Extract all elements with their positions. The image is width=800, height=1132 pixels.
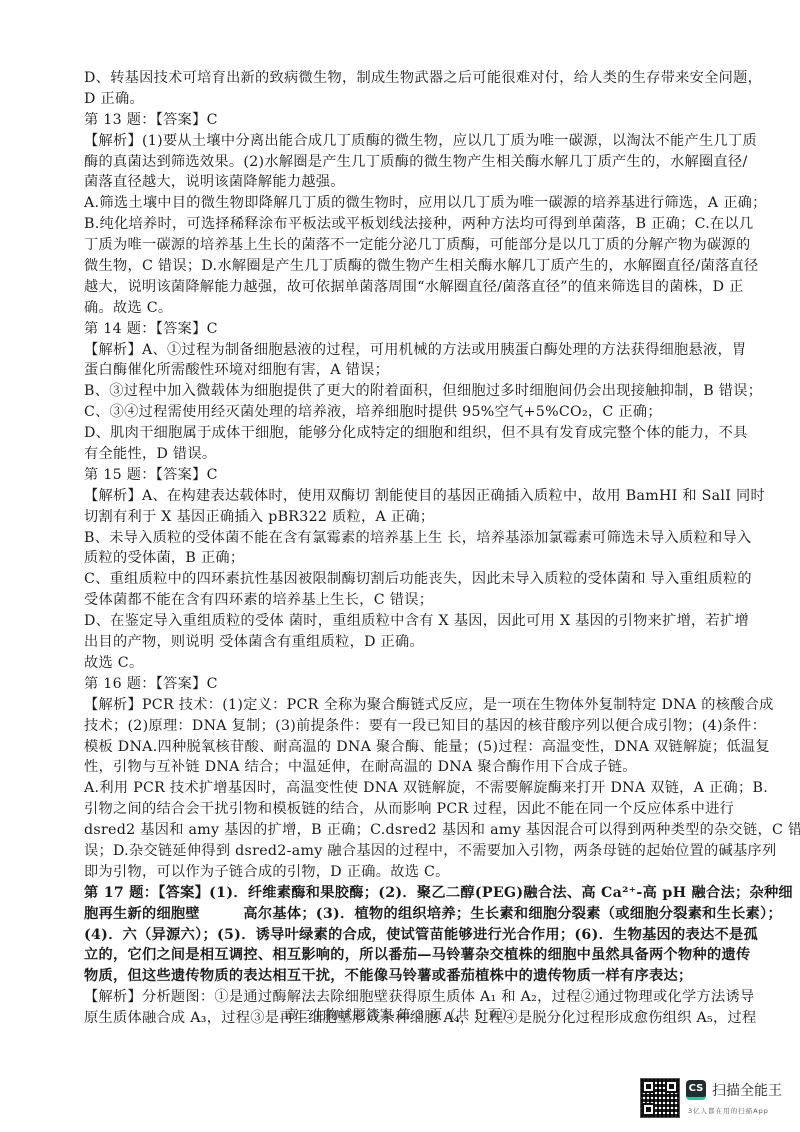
text-line: C、③④过程需使用经灭菌处理的培养液，培养细胞时提供 95%空气+5%CO₂，C… — [84, 402, 724, 423]
text-line: D、在鉴定导入重组质粒的受体 菌时，重组质粒中含有 X 基因，因此可用 X 基因… — [84, 611, 724, 632]
page-footer: 高二生物试题答案 第 3 页（共 5 页） — [0, 1004, 800, 1023]
text-line: 立的，它们之间是相互调控、相互影响的，所以番茄—马铃薯杂交植株的细胞中虽然具备两… — [84, 945, 724, 966]
camscanner-logo-icon: CS — [686, 1080, 706, 1100]
text-line: C、重组质粒中的四环素抗性基因被限制酶切割后功能丧失，因此未导入质粒的受体菌和 … — [84, 569, 724, 590]
qr-code-icon — [640, 1078, 680, 1118]
text-line: 【解析】PCR 技术：(1)定义：PCR 全称为聚合酶链式反应，是一项在生物体外… — [84, 695, 724, 716]
text-line: 酶的真菌达到筛选效果。(2)水解圈是产生几丁质酶的微生物产生相关酶水解几丁质产生… — [84, 152, 724, 173]
text-line: 【解析】A、在构建表达载体时，使用双酶切 割能使目的基因正确插入质粒中，故用 B… — [84, 486, 724, 507]
text-line: B.纯化培养时，可选择稀释涂布平板法或平板划线法接种，两种方法均可得到单菌落，B… — [84, 214, 724, 235]
text-line: D、转基因技术可培育出新的致病微生物，制成生物武器之后可能很难对付，给人类的生存… — [84, 68, 724, 89]
text-line: 切割有利于 X 基因正确插入 pBR322 质粒，A 正确； — [84, 507, 724, 528]
text-line: A.利用 PCR 技术扩增基因时，高温变性使 DNA 双链解旋，不需要解旋酶来打… — [84, 778, 724, 799]
text-line: 菌落直径越大，说明该菌降解能力越强。 — [84, 172, 724, 193]
text-line: 故选 C。 — [84, 653, 724, 674]
text-line: B、③过程中加入微载体为细胞提供了更大的附着面积，但细胞过多时细胞间仍会出现接触… — [84, 381, 724, 402]
text-line: 胞再生新的细胞壁 高尔基体；(3)．植物的组织培养；生长素和细胞分裂素（或细胞分… — [84, 904, 724, 925]
text-line: 有全能性，D 错误。 — [84, 444, 724, 465]
text-line: 引物之间的结合会干扰引物和模板链的结合，从而影响 PCR 过程，因此不能在同一个… — [84, 799, 724, 820]
text-line: A.筛选土壤中目的微生物即降解几丁质的微生物时，应用以几丁质为唯一碳源的培养基进… — [84, 193, 724, 214]
text-line: 误；D.杂交链延伸得到 dsred2-amy 融合基因的过程中，不需要加入引物，… — [84, 841, 724, 862]
text-line: 微生物，C 错误；D.水解圈是产生几丁质酶的微生物产生相关酶水解几丁质产生的，水… — [84, 256, 724, 277]
text-line: 第 17 题：【答案】(1)．纤维素酶和果胶酶；(2)．聚乙二醇(PEG)融合法… — [84, 883, 724, 904]
text-line: 越大，说明该菌降解能力越强，故可依据单菌落周围“水解圈直径/菌落直径”的值来筛选… — [84, 277, 724, 298]
text-line: B、未导入质粒的受体菌不能在含有氯霉素的培养基上生 长，培养基添加氯霉素可筛选未… — [84, 528, 724, 549]
text-line: 即为引物，可以作为子链合成的引物，D 正确。故选 C。 — [84, 862, 724, 883]
text-line: 性，引物与互补链 DNA 结合；中温延伸，在耐高温的 DNA 聚合酶作用下合成子… — [84, 757, 724, 778]
text-line: 丁质为唯一碳源的培养基上生长的菌落不一定能分泌几丁质酶，可能部分是以几丁质的分解… — [84, 235, 724, 256]
text-line: 第 16 题：【答案】C — [84, 674, 724, 695]
text-line: D 正确。 — [84, 89, 724, 110]
text-line: (4)．六（异源六）；(5)．诱导叶绿素的合成，使试管苗能够进行光合作用；(6)… — [84, 925, 724, 946]
text-line: 出目的产物，则说明 受体菌含有重组质粒，D 正确。 — [84, 632, 724, 653]
text-line: 技术；(2)原理：DNA 复制；(3)前提条件：要有一段已知目的基因的核苷酸序列… — [84, 716, 724, 737]
text-line: 第 13 题：【答案】C — [84, 110, 724, 131]
text-line: 【解析】A、①过程为制备细胞悬液的过程，可用机械的方法或用胰蛋白酶处理的方法获得… — [84, 340, 724, 361]
text-line: 【解析】(1)要从土壤中分离出能合成几丁质酶的微生物，应以几丁质为唯一碳源，以淘… — [84, 131, 724, 152]
text-line: 质粒的受体菌，B 正确； — [84, 548, 724, 569]
text-line: 模板 DNA.四种脱氧核苷酸、耐高温的 DNA 聚合酶、能量；(5)过程：高温变… — [84, 737, 724, 758]
text-line: 第 15 题：【答案】C — [84, 465, 724, 486]
text-line: 第 14 题：【答案】C — [84, 319, 724, 340]
document-page: D、转基因技术可培育出新的致病微生物，制成生物武器之后可能很难对付，给人类的生存… — [84, 68, 724, 1029]
app-tagline: 3亿人都在用的扫描App — [688, 1106, 769, 1115]
text-line: 确。故选 C。 — [84, 298, 724, 319]
text-line: dsred2 基因和 amy 基因的扩增，B 正确；C.dsred2 基因和 a… — [84, 820, 724, 841]
text-line: 受体菌都不能在含有四环素的培养基上生长，C 错误； — [84, 590, 724, 611]
text-line: 物质，但这些遗传物质的表达相互干扰，不能像马铃薯或番茄植株中的遗传物质一样有序表… — [84, 966, 724, 987]
text-line: 蛋白酶催化所需酸性环境对细胞有害，A 错误； — [84, 360, 724, 381]
scanner-watermark: CS 扫描全能王 3亿人都在用的扫描App — [640, 1078, 800, 1126]
app-name: 扫描全能王 — [712, 1080, 782, 1100]
text-line: D、肌肉干细胞属于成体干细胞，能够分化成特定的细胞和组织，但不具有发育成完整个体… — [84, 423, 724, 444]
